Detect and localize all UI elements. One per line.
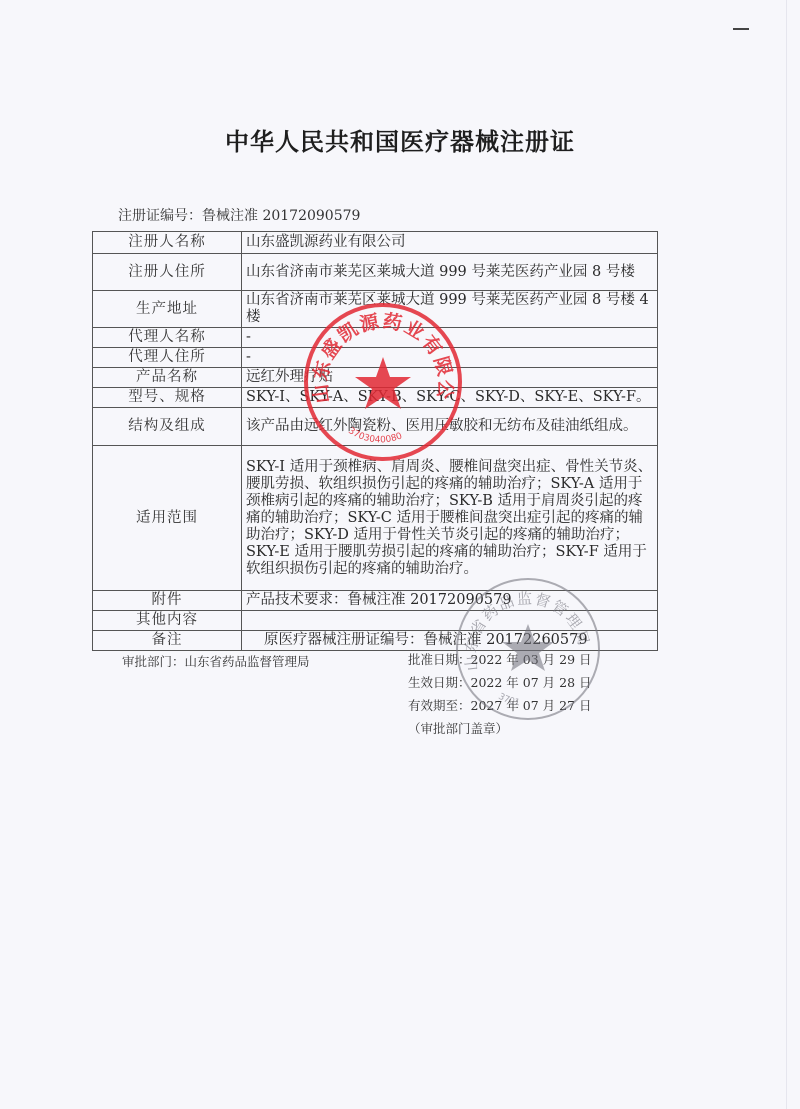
row-label: 代理人住所 bbox=[93, 348, 242, 368]
table-row: 注册人住所 山东省济南市莱芜区莱城大道 999 号莱芜医药产业园 8 号楼 bbox=[93, 254, 658, 291]
row-label: 适用范围 bbox=[93, 446, 242, 591]
registration-number: 注册证编号：鲁械注准 20172090579 bbox=[118, 205, 360, 225]
row-value: SKY-I 适用于颈椎病、肩周炎、腰椎间盘突出症、骨性关节炎、腰肌劳损、软组织损… bbox=[242, 446, 658, 591]
document-title: 中华人民共和国医疗器械注册证 bbox=[0, 122, 800, 157]
valid-until-date: 有效期至：2027 年 07 月 27 日 bbox=[408, 694, 592, 717]
table-row: 注册人名称 山东盛凯源药业有限公司 bbox=[93, 232, 658, 254]
row-label: 其他内容 bbox=[93, 611, 242, 631]
row-label: 备注 bbox=[93, 631, 242, 651]
table-row: 附件 产品技术要求：鲁械注准 20172090579 bbox=[93, 591, 658, 611]
row-value: 远红外理疗贴 bbox=[242, 368, 658, 388]
row-label: 型号、规格 bbox=[93, 388, 242, 408]
row-label: 注册人名称 bbox=[93, 232, 242, 254]
row-label: 附件 bbox=[93, 591, 242, 611]
row-value: 该产品由远红外陶瓷粉、医用压敏胶和无纺布及硅油纸组成。 bbox=[242, 408, 658, 446]
row-label: 结构及组成 bbox=[93, 408, 242, 446]
registration-number-label: 注册证编号： bbox=[118, 208, 202, 224]
row-value: - bbox=[242, 348, 658, 368]
effective-date: 生效日期：2022 年 07 月 28 日 bbox=[408, 671, 592, 694]
row-label: 产品名称 bbox=[93, 368, 242, 388]
approval-department: 审批部门：山东省药品监督管理局 bbox=[122, 652, 310, 670]
table-row: 型号、规格 SKY-I、SKY-A、SKY-B、SKY-C、SKY-D、SKY-… bbox=[93, 388, 658, 408]
row-label: 生产地址 bbox=[93, 291, 242, 328]
seal-note: （审批部门盖章） bbox=[408, 717, 592, 740]
table-row: 代理人名称 - bbox=[93, 328, 658, 348]
table-row: 适用范围 SKY-I 适用于颈椎病、肩周炎、腰椎间盘突出症、骨性关节炎、腰肌劳损… bbox=[93, 446, 658, 591]
row-value: 产品技术要求：鲁械注准 20172090579 bbox=[242, 591, 658, 611]
row-value: 山东盛凯源药业有限公司 bbox=[242, 232, 658, 254]
approval-date: 批准日期：2022 年 03 月 29 日 bbox=[408, 648, 592, 671]
page-edge bbox=[786, 0, 787, 1109]
row-value bbox=[242, 611, 658, 631]
table-row: 代理人住所 - bbox=[93, 348, 658, 368]
registration-number-value: 鲁械注准 20172090579 bbox=[202, 208, 360, 224]
row-value: - bbox=[242, 328, 658, 348]
row-label: 代理人名称 bbox=[93, 328, 242, 348]
certificate-table: 注册人名称 山东盛凯源药业有限公司 注册人住所 山东省济南市莱芜区莱城大道 99… bbox=[92, 231, 658, 651]
table-row: 其他内容 bbox=[93, 611, 658, 631]
row-value: SKY-I、SKY-A、SKY-B、SKY-C、SKY-D、SKY-E、SKY-… bbox=[242, 388, 658, 408]
corner-mark bbox=[733, 28, 749, 30]
row-label: 注册人住所 bbox=[93, 254, 242, 291]
date-block: 批准日期：2022 年 03 月 29 日 生效日期：2022 年 07 月 2… bbox=[408, 648, 592, 740]
table-row: 结构及组成 该产品由远红外陶瓷粉、医用压敏胶和无纺布及硅油纸组成。 bbox=[93, 408, 658, 446]
row-value: 山东省济南市莱芜区莱城大道 999 号莱芜医药产业园 8 号楼 4 楼 bbox=[242, 291, 658, 328]
table-row: 产品名称 远红外理疗贴 bbox=[93, 368, 658, 388]
row-value: 山东省济南市莱芜区莱城大道 999 号莱芜医药产业园 8 号楼 bbox=[242, 254, 658, 291]
table-row: 生产地址 山东省济南市莱芜区莱城大道 999 号莱芜医药产业园 8 号楼 4 楼 bbox=[93, 291, 658, 328]
